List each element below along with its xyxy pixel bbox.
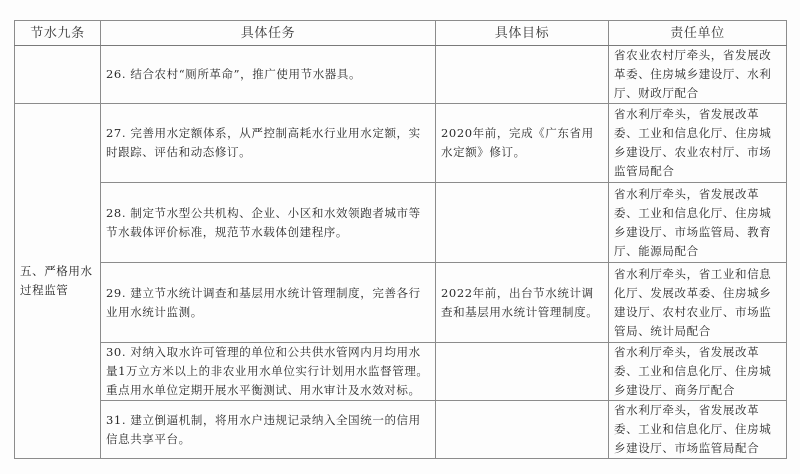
target-cell: 2022年前，出台节水统计调查和基层用水统计管理制度。 [436, 263, 609, 343]
table-row: 五、严格用水过程监管 27. 完善用水定额体系，从严控制高耗水行业用水定额，实时… [15, 104, 787, 183]
target-cell: 2020年前，完成《广东省用水定额》修订。 [436, 104, 609, 183]
unit-cell: 省水利厅牵头，省工业和信息化厅、发展改革委、住房城乡建设厅、农村农业厅、市场监管… [609, 263, 787, 343]
table-row: 28. 制定节水型公共机构、企业、小区和水效领跑者城市等节水载体评价标准，规范节… [15, 183, 787, 263]
header-unit: 责任单位 [609, 21, 787, 46]
header-category: 节水九条 [15, 21, 101, 46]
target-cell [436, 343, 609, 401]
category-cell: 五、严格用水过程监管 [15, 104, 101, 459]
table-header-row: 节水九条 具体任务 具体目标 责任单位 [15, 21, 787, 46]
task-cell: 31. 建立倒逼机制，将用水户违规记录纳入全国统一的信用信息共享平台。 [101, 401, 436, 459]
document-page: 节水九条 具体任务 具体目标 责任单位 26. 结合农村“厕所革命”，推广使用节… [0, 0, 800, 474]
table-row: 29. 建立节水统计调查和基层用水统计管理制度，完善各行业用水统计监测。 202… [15, 263, 787, 343]
target-cell [436, 46, 609, 104]
water-saving-task-table: 节水九条 具体任务 具体目标 责任单位 26. 结合农村“厕所革命”，推广使用节… [14, 20, 787, 459]
task-cell: 30. 对纳入取水许可管理的单位和公共供水管网内月均用水量1万立方米以上的非农业… [101, 343, 436, 401]
task-cell: 26. 结合农村“厕所革命”，推广使用节水器具。 [101, 46, 436, 104]
unit-cell: 省水利厅牵头，省发展改革委、工业和信息化厅、住房城乡建设厅、市场监管局配合 [609, 401, 787, 459]
task-cell: 28. 制定节水型公共机构、企业、小区和水效领跑者城市等节水载体评价标准，规范节… [101, 183, 436, 263]
header-task: 具体任务 [101, 21, 436, 46]
unit-cell: 省水利厅牵头，省发展改革委、工业和信息化厅、住房城乡建设厅、农业农村厅、市场监管… [609, 104, 787, 183]
unit-cell: 省农业农村厅牵头，省发展改革委、住房城乡建设厅、水利厅、财政厅配合 [609, 46, 787, 104]
table-row: 31. 建立倒逼机制，将用水户违规记录纳入全国统一的信用信息共享平台。 省水利厅… [15, 401, 787, 459]
table-row: 26. 结合农村“厕所革命”，推广使用节水器具。 省农业农村厅牵头，省发展改革委… [15, 46, 787, 104]
target-cell [436, 401, 609, 459]
unit-cell: 省水利厅牵头，省发展改革委、工业和信息化厅、住房城乡建设厅、商务厅配合 [609, 343, 787, 401]
task-cell: 27. 完善用水定额体系，从严控制高耗水行业用水定额，实时跟踪、评估和动态修订。 [101, 104, 436, 183]
category-label: 五、严格用水过程监管 [20, 264, 93, 297]
task-cell: 29. 建立节水统计调查和基层用水统计管理制度，完善各行业用水统计监测。 [101, 263, 436, 343]
category-cell-empty [15, 46, 101, 104]
table-row: 30. 对纳入取水许可管理的单位和公共供水管网内月均用水量1万立方米以上的非农业… [15, 343, 787, 401]
header-target: 具体目标 [436, 21, 609, 46]
target-cell [436, 183, 609, 263]
unit-cell: 省水利厅牵头，省发展改革委、工业和信息化厅、住房城乡建设厅、市场监管局、教育厅、… [609, 183, 787, 263]
